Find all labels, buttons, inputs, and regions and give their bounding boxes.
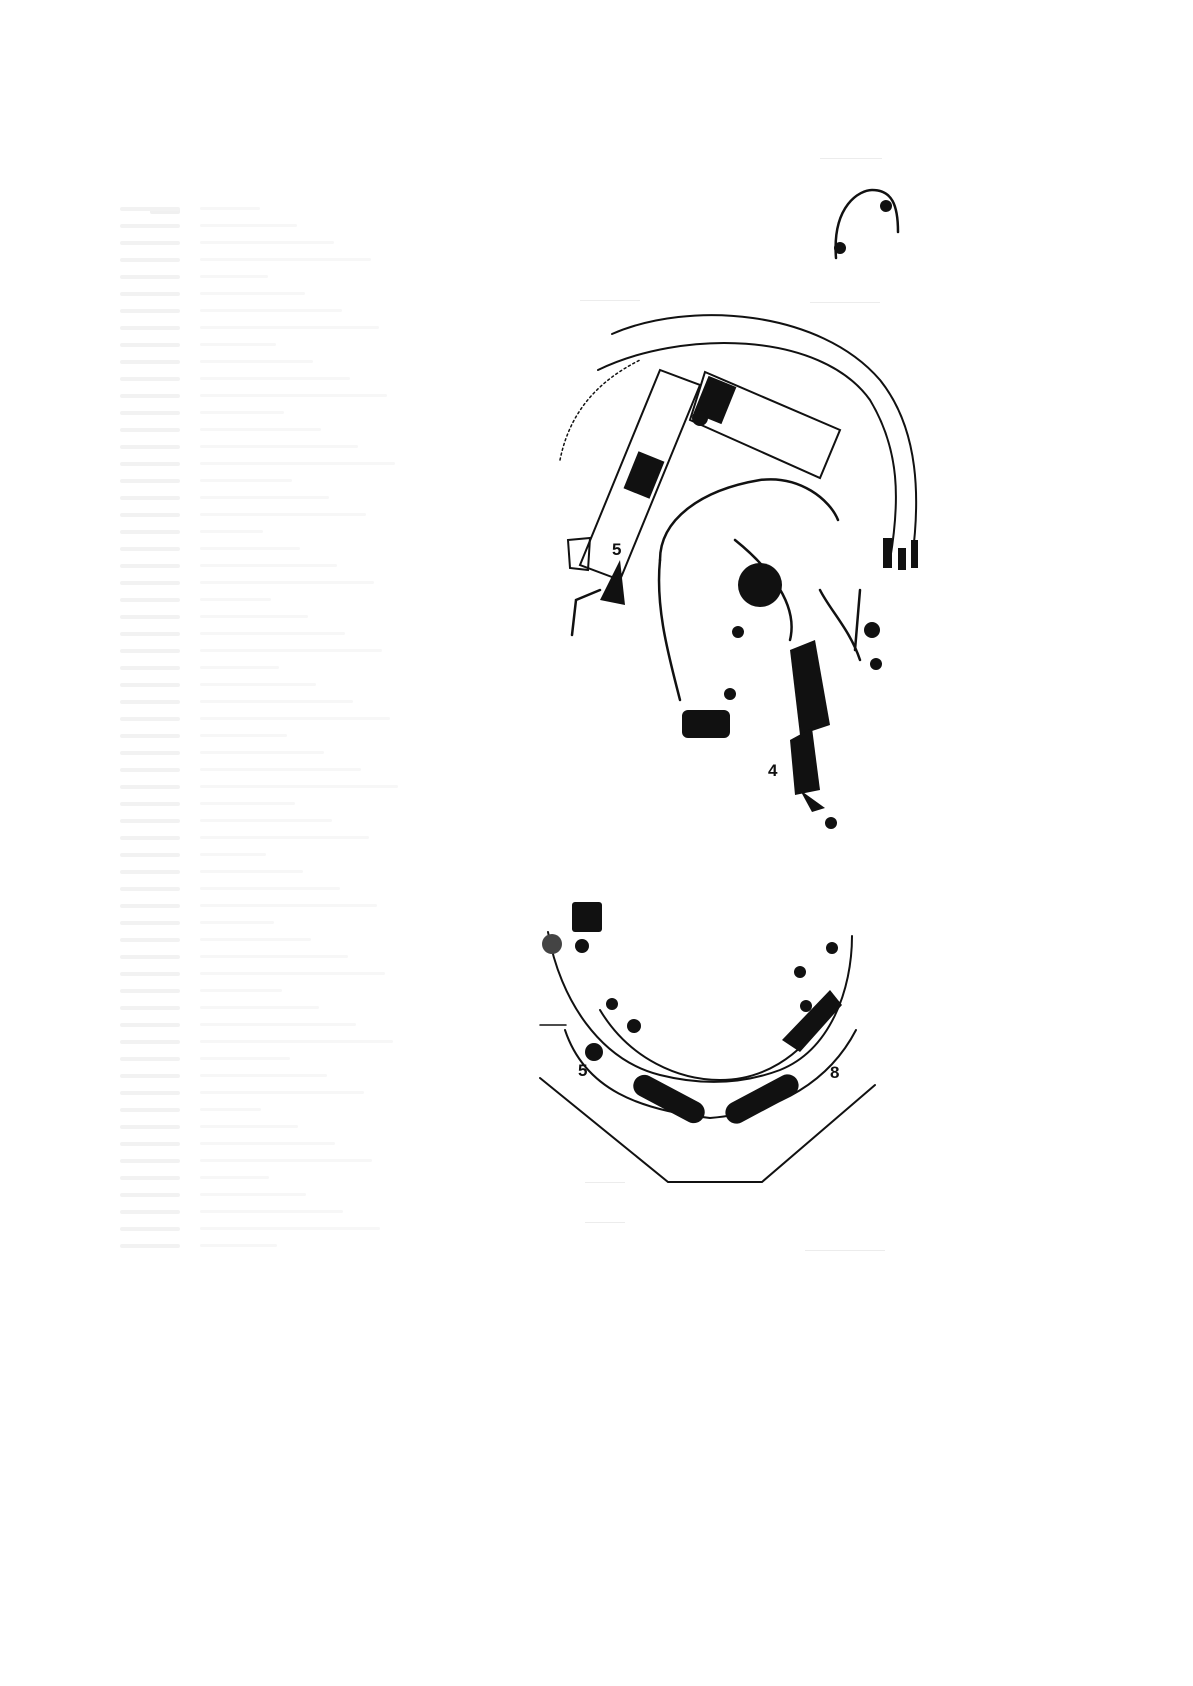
post-icon [834,242,846,254]
slingshot [790,640,830,735]
playfield-diagram: 5 4 5 8 [0,0,1193,1686]
post-icon [880,200,892,212]
callout-5-lower: 5 [578,1061,587,1080]
bumper-icon [738,563,782,607]
callout-5-upper: 5 [612,540,621,559]
callout-8-lower: 8 [830,1063,839,1082]
callout-4: 4 [768,761,778,780]
left-flipper [629,1071,708,1127]
kicker-block [682,710,730,738]
page-footer [470,1588,690,1606]
